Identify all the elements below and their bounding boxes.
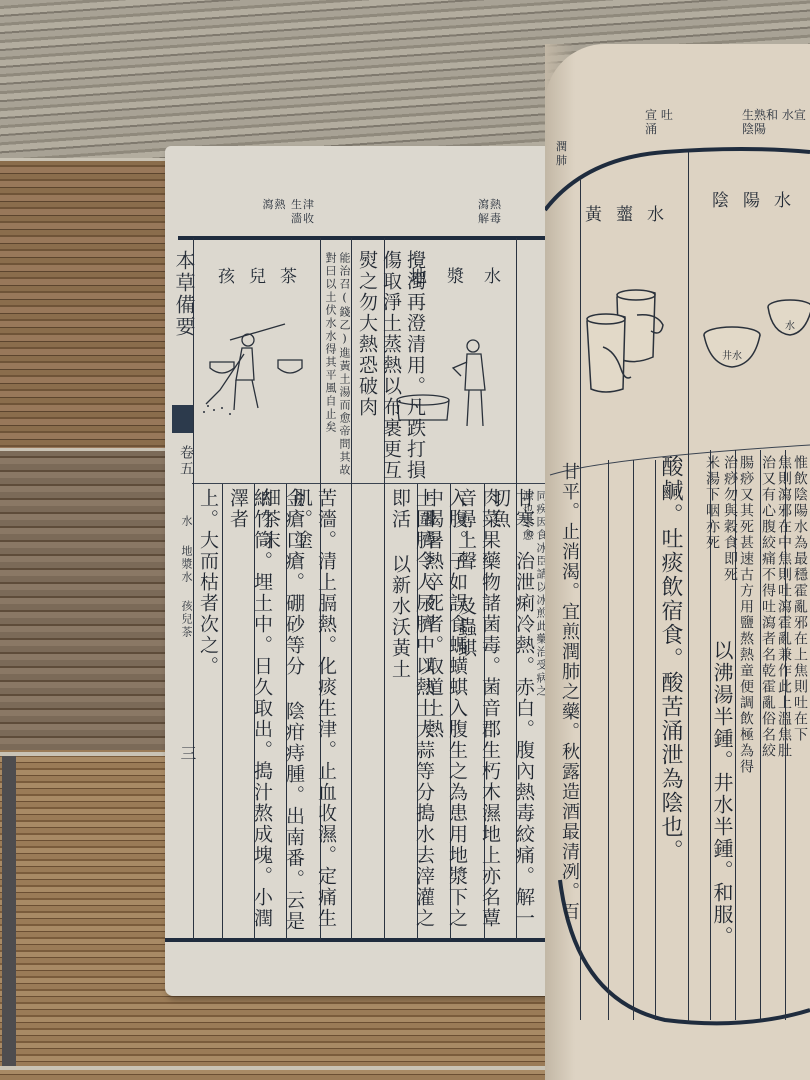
spine-entry: 孩兒茶 [178, 600, 194, 639]
text-column: 納竹筒。埋土中。日久取出。搗汁熬成塊。小潤澤者 [226, 488, 274, 938]
header-note: 宣 吐 涌 [645, 108, 683, 136]
text-column: 米湯下咽亦死 [704, 455, 720, 635]
column-rule [633, 460, 634, 1020]
text-column: 土圍臍令人尿臍中以熱土大蒜等分搗水去滓灌之即活 以新水沃黃土 [388, 488, 436, 938]
book-title: 本草備要 [170, 250, 199, 430]
column-rule [193, 238, 194, 940]
buckets-illustration [585, 285, 675, 405]
column-rule [608, 460, 609, 1020]
header-note: 生熟和 水宣 陰陽 [742, 108, 810, 136]
top-border [178, 236, 548, 240]
text-column: 以沸湯半鍾。井水半鍾。和服。 [710, 640, 734, 960]
column-rule [688, 152, 689, 1022]
spine-entry: 水 [178, 515, 194, 528]
text-column: 治又有心腹絞痛不得吐瀉者名乾霍亂俗名絞 [760, 455, 776, 1015]
text-column: 同疾因食冰臣請以冰煎此藥治受病之源也果愈 [520, 490, 548, 700]
bowl-label: 水 [785, 320, 795, 334]
text-column: 甘平。止消渴。宜煎潤肺之藥。秋露造酒最清冽。百 [557, 462, 581, 1022]
text-column: 酸鹹。吐痰飲宿食。酸苦涌泄為陰也。 [656, 455, 684, 875]
column-rule [351, 238, 352, 940]
header-note: 瀉熱 生津 濇收 [255, 198, 315, 240]
text-column: 腸痧又其死甚速古方用鹽熬熱童便調飲極為得 [738, 455, 754, 1015]
column-rule [222, 484, 223, 940]
header-note: 瀉熱 解毒 [478, 198, 518, 226]
text-column: 攪濁再澄清用。凡跌打損傷取淨土蒸熱以布裹更互熨之勿大熱恐破肉 [355, 250, 427, 485]
entry-title: 孩兒茶 [218, 262, 311, 287]
entry-title: 陰陽水 [712, 186, 805, 211]
text-column: 上。大而枯者次之。 [196, 488, 220, 938]
spine-entry: 地漿水 [178, 545, 194, 584]
bowl-label: 井水 [722, 350, 742, 364]
text-column: 焦則瀉邪在中焦則吐瀉霍亂兼作此上溫焦肚 [776, 455, 792, 1015]
text-column: 惟飲陰陽水為最穩霍亂邪在上焦則吐在下 [792, 455, 808, 1015]
bottom-border [165, 938, 555, 942]
text-column: 對曰以土伏水水得其平風自止矣 [323, 252, 337, 482]
text-column: 治痧勿與穀食即死 [722, 455, 738, 635]
text-column: 能治召(錢乙)進黃土湯而愈帝問其故 [337, 252, 351, 482]
bowls-illustration [700, 295, 810, 385]
spine-block [172, 405, 194, 433]
worker-raking-illustration [200, 320, 310, 430]
table-dark-strip [2, 756, 16, 1066]
entry-title: 黃虀水 [585, 200, 678, 225]
